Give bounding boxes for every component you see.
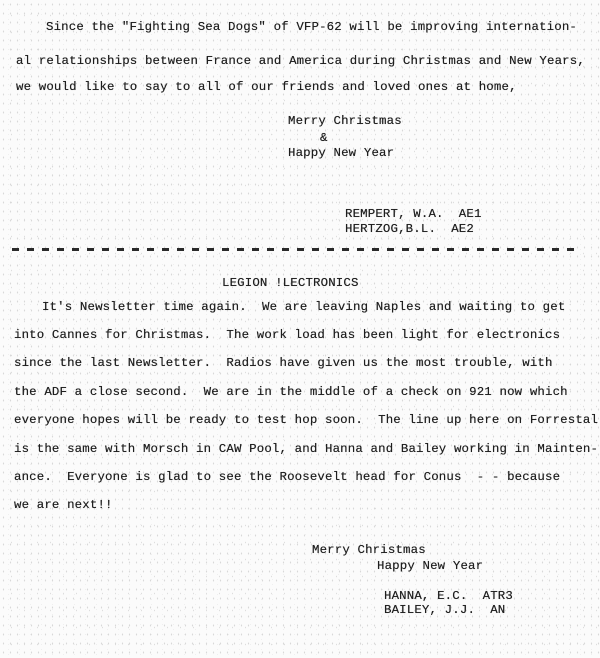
paragraph-line: the ADF a close second. We are in the mi… bbox=[14, 385, 568, 399]
paragraph-line: we would like to say to all of our frien… bbox=[16, 80, 517, 94]
paragraph-line: since the last Newsletter. Radios have g… bbox=[14, 356, 553, 370]
paragraph-line: into Cannes for Christmas. The work load… bbox=[14, 328, 560, 342]
signature: HANNA, E.C. ATR3 bbox=[384, 589, 513, 603]
greeting-happy-new-year: Happy New Year bbox=[377, 559, 483, 573]
signature: HERTZOG,B.L. AE2 bbox=[345, 222, 474, 236]
paragraph-line: It's Newsletter time again. We are leavi… bbox=[42, 300, 565, 314]
signature: REMPERT, W.A. AE1 bbox=[345, 207, 482, 221]
signature: BAILEY, J.J. AN bbox=[384, 603, 505, 617]
greeting-merry-christmas: Merry Christmas bbox=[288, 114, 402, 128]
greeting-merry-christmas: Merry Christmas bbox=[312, 543, 426, 557]
paragraph-line: everyone hopes will be ready to test hop… bbox=[14, 413, 598, 427]
paragraph-line: Since the "Fighting Sea Dogs" of VFP-62 … bbox=[46, 20, 577, 34]
greeting-happy-new-year: Happy New Year bbox=[288, 146, 394, 160]
greeting-ampersand: & bbox=[320, 131, 328, 145]
paragraph-line: al relationships between France and Amer… bbox=[16, 54, 585, 68]
paragraph-line: ance. Everyone is glad to see the Roosev… bbox=[14, 470, 560, 484]
paragraph-line: is the same with Morsch in CAW Pool, and… bbox=[14, 442, 598, 456]
section-heading: LEGION !LECTRONICS bbox=[222, 276, 359, 290]
dashed-divider bbox=[12, 248, 578, 251]
paragraph-line: we are next!! bbox=[14, 498, 113, 512]
